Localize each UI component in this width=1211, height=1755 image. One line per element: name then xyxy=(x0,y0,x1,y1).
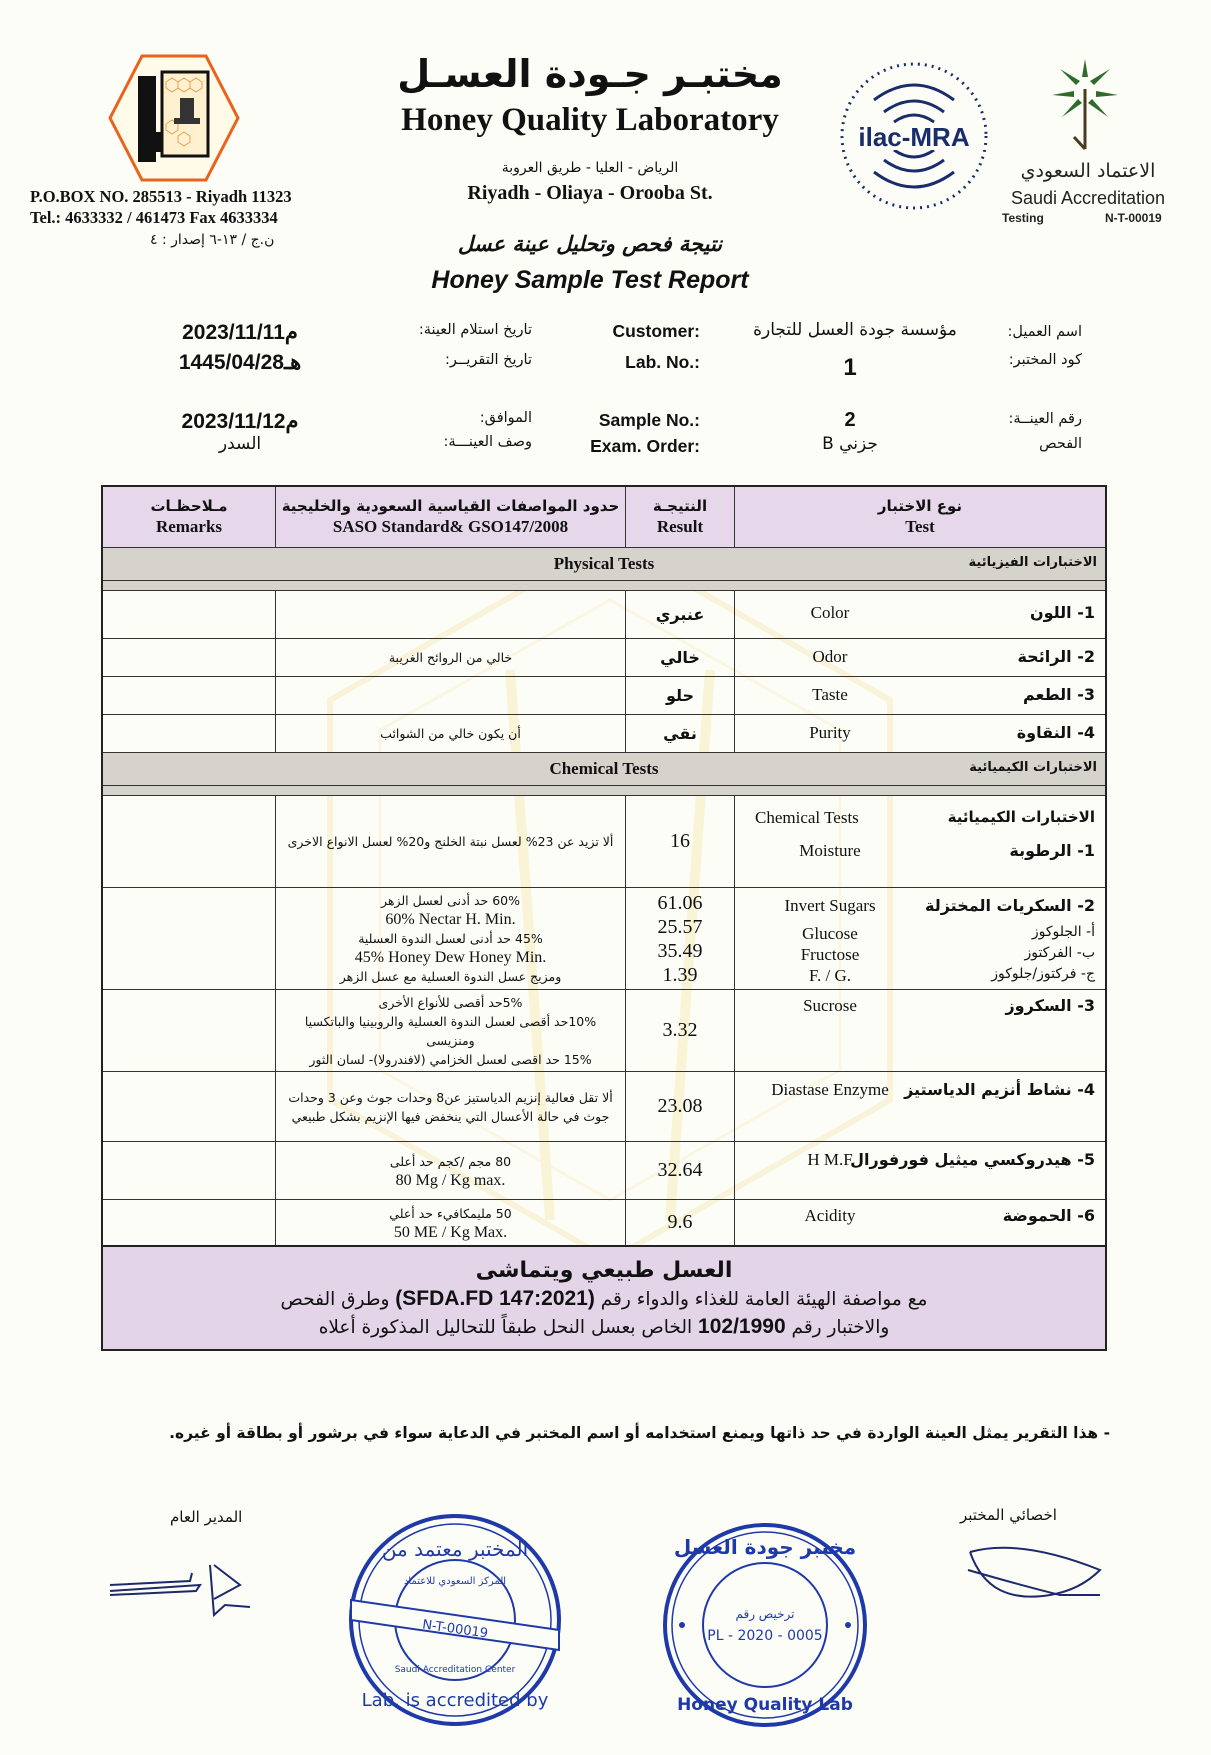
equivalent-date-value: 2023/11/12م xyxy=(160,409,320,434)
lab-name-ar: مختبـر جـودة العسـل xyxy=(380,52,800,96)
physical-section-ar: الاختبارات الفيزيائية xyxy=(969,555,1097,570)
lab-specialist-signature-icon xyxy=(960,1540,1110,1620)
svg-text:ترخيص رقم: ترخيص رقم xyxy=(735,1607,794,1622)
receipt-date-value: 2023/11/11م xyxy=(160,320,320,345)
exam-order-value: جزني B xyxy=(790,434,910,454)
exam-order-label-en: Exam. Order: xyxy=(540,436,700,457)
table-row: 60% حد أدنى لعسل الزهر 60% Nectar H. Min… xyxy=(103,887,1105,989)
table-row: خالي من الروائح الغريبة خالي Odor 2- الر… xyxy=(103,638,1105,676)
table-row: ألا تقل فعالية إنزيم الدياستيز عن8 وحدات… xyxy=(103,1071,1105,1141)
lab-logo-icon xyxy=(108,54,240,182)
table-row: أن يكون خالي من الشوائب نقي Purity 4- ال… xyxy=(103,714,1105,752)
report-date-label: تاريخ التقريــر: xyxy=(372,352,532,368)
accreditation-code: N-T-00019 xyxy=(1105,211,1162,225)
svg-text:المركز السعودي للاعتماد: المركز السعودي للاعتماد xyxy=(404,1576,506,1587)
saudi-accreditation-logo-icon xyxy=(1050,55,1120,155)
lab-no-value: 1 xyxy=(820,354,880,382)
sample-description-label: وصف العينـــة: xyxy=(372,434,532,450)
table-row: ألا تزيد عن 23% لعسل نبتة الخلنج و20% لع… xyxy=(103,795,1105,887)
customer-value: مؤسسة جودة العسل للتجارة xyxy=(730,320,980,340)
header-result: النتيجـة Result xyxy=(625,487,734,547)
chemical-tests-section: Chemical Tests الاختبارات الكيميائية xyxy=(103,752,1105,785)
svg-text:Saudi Accreditation Center: Saudi Accreditation Center xyxy=(395,1665,516,1675)
svg-text:ilac-MRA: ilac-MRA xyxy=(858,122,969,152)
receipt-date-label: تاريخ استلام العينة: xyxy=(372,322,532,338)
table-row: 80 مجم /كجم حد أعلى 80 Mg / Kg max. 32.6… xyxy=(103,1141,1105,1199)
lab-specialist-label: اخصائي المختبر xyxy=(960,1506,1057,1524)
saudi-accreditation-ar: الاعتماد السعودي xyxy=(998,160,1178,182)
physical-section-en: Physical Tests xyxy=(103,554,1105,574)
report-title-en: Honey Sample Test Report xyxy=(380,266,800,295)
sample-no-label-en: Sample No.: xyxy=(540,410,700,431)
conclusion-line-2: والاختبار رقم 102/1990 الخاص بعسل النحل … xyxy=(319,1315,890,1339)
form-code: ن.ج / ١٣-٦ إصدار : ٤ xyxy=(150,232,274,248)
svg-text:المختبر معتمد من: المختبر معتمد من xyxy=(382,1537,528,1561)
table-header-row: مـلاحظـات Remarks حدود المواصفات القياسي… xyxy=(103,487,1105,547)
svg-text:مختبر جودة العسل: مختبر جودة العسل xyxy=(674,1535,856,1559)
conclusion-title: العسل طبيعي ويتماشى xyxy=(476,1258,733,1283)
location-ar: الرياض - العليا - طريق العروبة xyxy=(380,160,800,176)
svg-text:Honey Quality Lab: Honey Quality Lab xyxy=(677,1695,853,1715)
sample-description-value: السدر xyxy=(180,434,300,454)
chemical-section-en: Chemical Tests xyxy=(103,759,1105,779)
po-box: P.O.BOX NO. 285513 - Riyadh 11323 xyxy=(30,186,330,207)
accreditation-stamp-icon: N-T-00019 المختبر معتمد من المركز السعود… xyxy=(345,1500,565,1740)
table-row: 50 مليمكافيء حد أعلي 50 ME / Kg Max. 9.6… xyxy=(103,1199,1105,1245)
report-date-value: 1445/04/28هـ xyxy=(160,350,320,375)
lab-name-en: Honey Quality Laboratory xyxy=(380,102,800,139)
lab-no-label-ar: كود المختبر: xyxy=(920,352,1082,368)
physical-tests-section: Physical Tests الاختبارات الفيزيائية xyxy=(103,547,1105,580)
svg-text:Lab. is accredited by: Lab. is accredited by xyxy=(362,1690,549,1711)
section-gap xyxy=(103,580,1105,590)
section-gap xyxy=(103,785,1105,795)
header-test: نوع الاختبار Test xyxy=(734,487,1105,547)
general-manager-signature-icon xyxy=(110,1555,290,1625)
table-row: 5%حد أقصى للأنواع الأخرى 10%حد أقصى لعسل… xyxy=(103,989,1105,1071)
equivalent-date-label: الموافق: xyxy=(372,410,532,426)
conclusion-line-1: مع مواصفة الهيئة العامة للغذاء والدواء ر… xyxy=(281,1287,928,1311)
saudi-accreditation-en: Saudi Accreditation xyxy=(998,188,1178,209)
disclaimer: - هذا التقرير يمثل العينة الواردة في حد … xyxy=(150,1424,1110,1442)
table-row: عنبري Color 1- اللون xyxy=(103,590,1105,638)
location-en: Riyadh - Oliaya - Orooba St. xyxy=(380,182,800,205)
results-table: مـلاحظـات Remarks حدود المواصفات القياسي… xyxy=(101,485,1107,1351)
header-standard: حدود المواصفات القياسية السعودية والخليج… xyxy=(275,487,625,547)
chemical-section-ar: الاختبارات الكيميائية xyxy=(969,760,1097,775)
header-remarks: مـلاحظـات Remarks xyxy=(103,487,275,547)
accreditation-type: Testing xyxy=(1002,211,1044,225)
sample-no-value: 2 xyxy=(820,409,880,432)
exam-order-label-ar: الفحص xyxy=(920,436,1082,452)
general-manager-label: المدير العام xyxy=(170,1508,242,1526)
table-row: حلو Taste 3- الطعم xyxy=(103,676,1105,714)
lab-no-label-en: Lab. No.: xyxy=(540,352,700,373)
tel-fax: Tel.: 4633332 / 461473 Fax 4633334 xyxy=(30,207,330,228)
ilac-mra-logo-icon: ilac-MRA xyxy=(838,60,990,212)
svg-text:PL - 2020 - 0005: PL - 2020 - 0005 xyxy=(707,1628,822,1644)
conclusion-box: العسل طبيعي ويتماشى مع مواصفة الهيئة الع… xyxy=(103,1245,1105,1349)
customer-label-en: Customer: xyxy=(540,321,700,342)
report-title-ar: نتيجة فحص وتحليل عينة عسل xyxy=(380,232,800,256)
sample-no-label-ar: رقم العينــة: xyxy=(920,411,1082,427)
lab-stamp-icon: مختبر جودة العسل ترخيص رقم PL - 2020 - 0… xyxy=(660,1510,870,1740)
